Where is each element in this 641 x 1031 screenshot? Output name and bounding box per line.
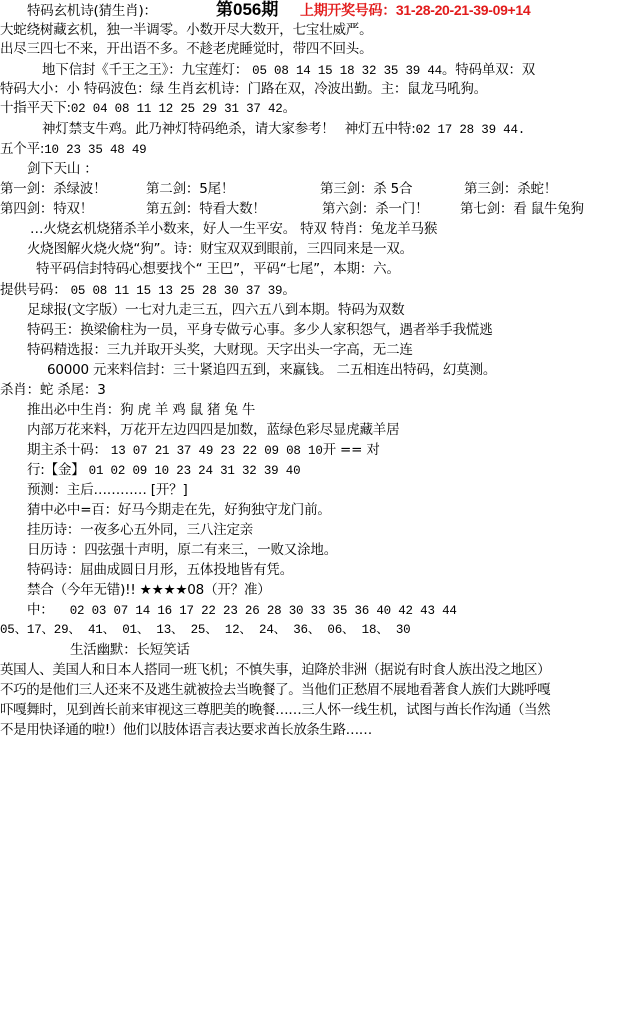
humor-line-2: 不巧的是他们三人还来不及逃生就被捡去当晚餐了。当他们正愁眉不展地看著食人族们大跳… xyxy=(0,680,641,700)
guess-line: 猜中必中=百：好马今期走在先，好狗独守龙门前。 xyxy=(27,501,331,520)
must-hit-line: 推出必中生肖：狗 虎 羊 鸡 鼠 猪 兔 牛 xyxy=(27,401,255,420)
selected-line: 特码精选报：三九并取开头奖，大财现。天字出头一字高，无二连 xyxy=(27,341,413,360)
underground-suffix: 。特码单双：双 xyxy=(442,62,535,78)
hit-numbers: 02 03 07 14 16 17 22 23 26 28 30 33 35 3… xyxy=(70,604,457,618)
sword-3: 第三剑：杀 5合 xyxy=(320,180,412,199)
kill-ten-line: 期主杀十码： 13 07 21 37 49 23 22 09 08 10开 ==… xyxy=(27,441,380,460)
poem-heading: 特码玄机诗(猜生肖)： xyxy=(27,2,157,21)
humor-line-4: 不是用快译通的啦!）他们以肢体语言表达要求酋长放条生路…… xyxy=(0,720,641,740)
issue-number: 第056期 xyxy=(216,0,278,20)
last-draw-label: 上期开奖号码： xyxy=(300,3,396,19)
lamp-label: 神灯五中特: xyxy=(345,121,416,137)
lamp-text: 神灯禁支牛鸡。此乃神灯特码绝杀，请大家参考！ xyxy=(42,121,335,137)
kill-ten-label: 期主杀十码： xyxy=(27,442,107,458)
provided-suffix: 。 xyxy=(282,282,295,298)
kill-ten-suffix: 开 == 对 xyxy=(323,442,380,458)
swords-title: 剑下天山 ： xyxy=(27,160,98,179)
insider-line: 内部万花来料，万花开左边四四是加数，蓝绿色彩尽显虎藏羊居 xyxy=(27,421,399,440)
fire-line-2: 火烧图解火烧火烧“狗”。诗：财宝双双到眼前，三四同来是一双。 xyxy=(27,240,413,259)
poem-line-2: 出尽三四七不来，开出语不多。不趁老虎睡觉时，带四不回头。 xyxy=(0,40,372,59)
ten-fingers-line: 十指平天下:02 04 08 11 12 25 29 31 37 42。 xyxy=(0,99,296,118)
kill-ten-numbers: 13 07 21 37 49 23 22 09 08 10 xyxy=(111,444,323,458)
provided-numbers-line: 提供号码： 05 08 11 15 13 25 28 30 37 39。 xyxy=(0,281,296,300)
humor-title: 生活幽默：长短笑话 xyxy=(70,641,190,660)
envelope-line: 60000 元来料信封：三十紧追四五到，来赢钱。 二五相连出特码，幻莫测。 xyxy=(47,361,496,380)
provided-label: 提供号码： xyxy=(0,282,67,298)
day-calendar-line: 日历诗 ：四弦强十声明，原二有来三，一败又涂地。 xyxy=(27,541,337,560)
kill-line: 杀肖：蛇 杀尾：3 xyxy=(0,381,106,400)
forecast-line: 预测：主后………… [开？] xyxy=(27,481,188,500)
ten-fingers-suffix: 。 xyxy=(283,100,296,116)
humor-line-3: 吓嘎舞时，见到酋长前来审视这三尊肥美的晚餐……三人怀一线生机，试图与酋长作沟通（… xyxy=(0,700,641,720)
element-line: 行:【金】 01 02 09 10 23 24 31 32 39 40 xyxy=(27,461,300,480)
hang-calendar-line: 挂历诗：一夜多心五外同，三八注定亲 xyxy=(27,521,253,540)
lamp-line: 神灯禁支牛鸡。此乃神灯特码绝杀，请大家参考！ 神灯五中特:02 17 28 39… xyxy=(42,120,525,139)
sequence-line: 05、17、29、 41、 01、 13、 25、 12、 24、 36、 06… xyxy=(0,621,410,640)
size-color-line: 特码大小：小 特码波色：绿 生肖玄机诗：门路在双，冷波出勤。主：鼠龙马吼狗。 xyxy=(0,80,487,99)
sword-6: 第六剑：杀一门！ xyxy=(322,200,428,219)
lamp-numbers: 02 17 28 39 44. xyxy=(416,123,526,137)
ten-fingers-numbers: 02 04 08 11 12 25 29 31 37 42 xyxy=(71,102,283,116)
sword-3b: 第三剑：杀蛇！ xyxy=(464,180,557,199)
hit-label: 中： xyxy=(27,602,54,618)
sword-5: 第五剑：特看大数！ xyxy=(146,200,266,219)
last-draw-numbers: 31-28-20-21-39-09+14 xyxy=(396,2,531,18)
fire-line-3: 特平码信封特码心想要找个“ 王巴”，平码“七尾”，本期：六。 xyxy=(36,260,400,279)
humor-line-1: 英国人、美国人和日本人搭同一班飞机；不慎失事，迫降於非洲（据说有时食人族出没之地… xyxy=(0,660,641,680)
sword-1: 第一剑：杀绿波！ xyxy=(0,180,106,199)
five-ping-line: 五个平:10 23 35 48 49 xyxy=(0,140,146,159)
sword-2: 第二剑：5尾！ xyxy=(146,180,234,199)
underground-envelope: 地下信封《千王之王》：九宝莲灯： 05 08 14 15 18 32 35 39… xyxy=(42,61,535,80)
football-line: 足球报(文字版）一七对九走三五，四六五八到本期。特码为双数 xyxy=(27,301,404,320)
banned-line: 禁合（今年无错)!! ★★★★08（开？准） xyxy=(27,581,271,600)
poem-line-1: 大蛇绕树藏玄机，独一半调零。小数开尽大数开，七宝壮威严。 xyxy=(0,21,372,40)
element-numbers: 01 02 09 10 23 24 31 32 39 40 xyxy=(89,464,301,478)
sword-7: 第七剑：看 鼠牛兔狗 xyxy=(460,200,584,219)
five-ping-numbers: 10 23 35 48 49 xyxy=(44,143,146,157)
ten-fingers-label: 十指平天下: xyxy=(0,100,71,116)
last-draw-result: 上期开奖号码：31-28-20-21-39-09+14 xyxy=(300,1,530,21)
fire-line-1: …火烧玄机烧猪杀羊小数来，好人一生平安。 特双 特肖：兔龙羊马猴 xyxy=(30,220,437,239)
special-poem-line: 特码诗：屈曲成圆日月形，五体投地皆有凭。 xyxy=(27,561,293,580)
element-label: 行:【金】 xyxy=(27,462,85,478)
sword-4: 第四剑：特双！ xyxy=(0,200,93,219)
king-line: 特码王：换梁偷柱为一员，平身专做亏心事。多少人家积怨气，遇者举手我慌逃 xyxy=(27,321,493,340)
provided-numbers: 05 08 11 15 13 25 28 30 37 39 xyxy=(71,284,283,298)
hit-line: 中： 02 03 07 14 16 17 22 23 26 28 30 33 3… xyxy=(27,601,457,620)
five-ping-label: 五个平: xyxy=(0,141,44,157)
underground-label: 地下信封《千王之王》：九宝莲灯： xyxy=(42,62,248,78)
underground-numbers: 05 08 14 15 18 32 35 39 44 xyxy=(252,64,442,78)
